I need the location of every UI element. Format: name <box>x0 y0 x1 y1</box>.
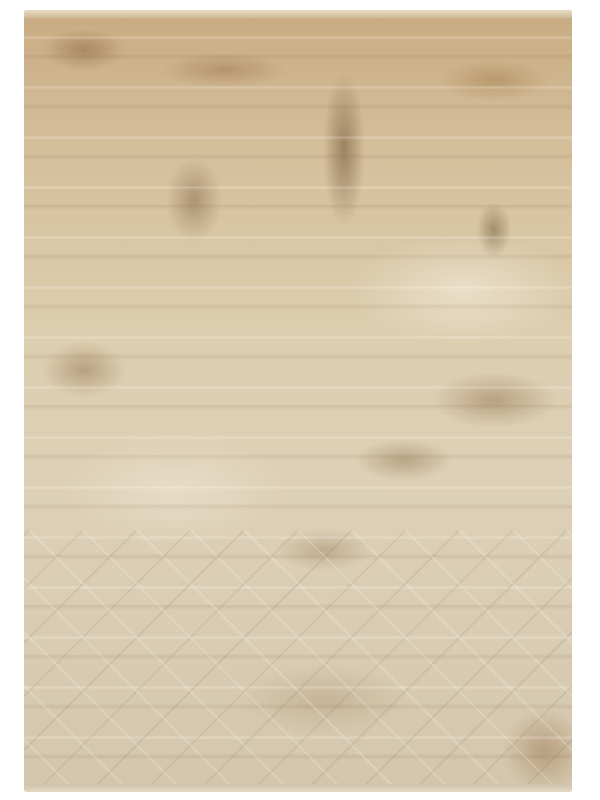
rug-photo <box>24 10 572 792</box>
rug-diamond-lattice <box>24 530 572 792</box>
rug-top-binding <box>24 10 572 18</box>
rug-bottom-binding <box>24 784 572 792</box>
